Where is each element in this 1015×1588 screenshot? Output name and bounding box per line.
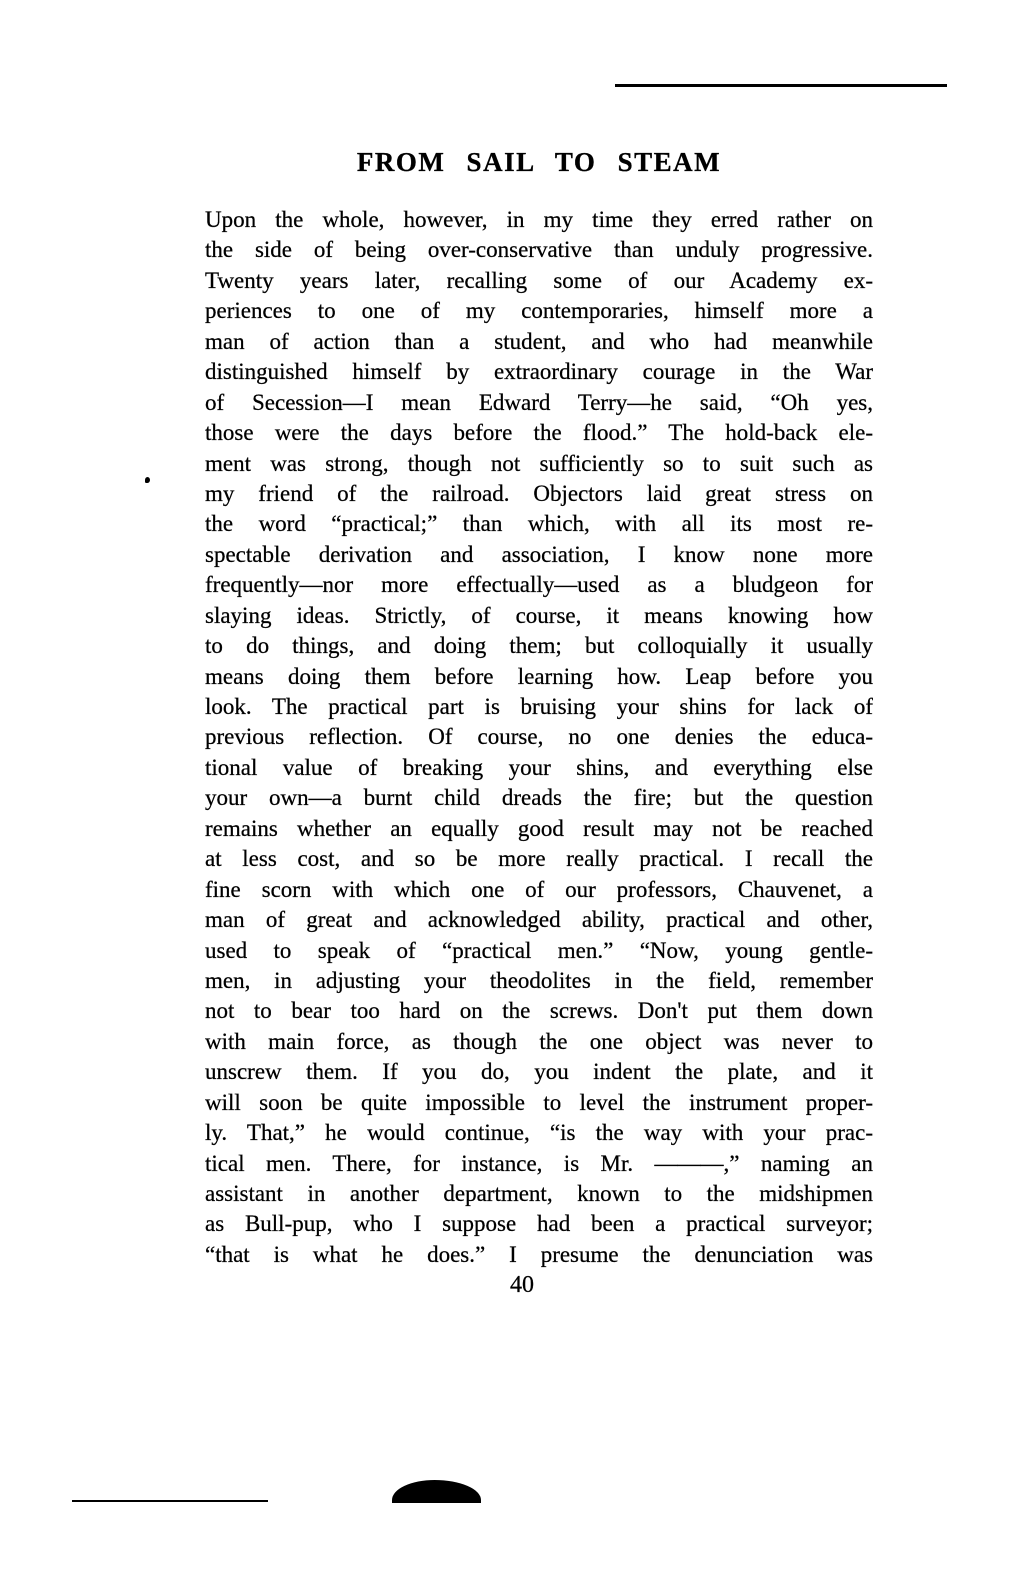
text-line: the word “practical;” than which, with a… (205, 509, 873, 539)
text-line: those were the days before the flood.” T… (205, 418, 873, 448)
text-line: your own—a burnt child dreads the fire; … (205, 783, 873, 813)
text-line: frequently—nor more effectually—used as … (205, 570, 873, 600)
text-line: men, in adjusting your theodolites in th… (205, 966, 873, 996)
text-line: distinguished himself by extraordinary c… (205, 357, 873, 387)
text-line: previous reflection. Of course, no one d… (205, 722, 873, 752)
text-line: look. The practical part is bruising you… (205, 692, 873, 722)
text-line: man of action than a student, and who ha… (205, 327, 873, 357)
ink-blob (392, 1480, 481, 1503)
page-number: 40 (472, 1272, 572, 1299)
text-line: periences to one of my contemporaries, h… (205, 296, 873, 326)
text-line: not to bear too hard on the screws. Don'… (205, 996, 873, 1026)
page-title: FROM SAIL TO STEAM (205, 147, 873, 178)
text-line: tical men. There, for instance, is Mr. —… (205, 1149, 873, 1179)
text-line: at less cost, and so be more really prac… (205, 844, 873, 874)
footer-rule (72, 1500, 268, 1502)
text-line: will soon be quite impossible to level t… (205, 1088, 873, 1118)
text-line: to do things, and doing them; but colloq… (205, 631, 873, 661)
text-line: my friend of the railroad. Objectors lai… (205, 479, 873, 509)
body-text: Upon the whole, however, in my time they… (205, 205, 873, 1270)
text-line: unscrew them. If you do, you indent the … (205, 1057, 873, 1087)
text-line: with main force, as though the one objec… (205, 1027, 873, 1057)
text-line: as Bull-pup, who I suppose had been a pr… (205, 1209, 873, 1239)
text-line: Twenty years later, recalling some of ou… (205, 266, 873, 296)
text-line: Upon the whole, however, in my time they… (205, 205, 873, 235)
text-line: man of great and acknowledged ability, p… (205, 905, 873, 935)
text-line: tional value of breaking your shins, and… (205, 753, 873, 783)
text-line: of Secession—I mean Edward Terry—he said… (205, 388, 873, 418)
text-line: assistant in another department, known t… (205, 1179, 873, 1209)
text-line: the side of being over-conservative than… (205, 235, 873, 265)
ink-speck (145, 477, 150, 483)
text-line: used to speak of “practical men.” “Now, … (205, 936, 873, 966)
text-line: spectable derivation and association, I … (205, 540, 873, 570)
text-line: ly. That,” he would continue, “is the wa… (205, 1118, 873, 1148)
text-line: means doing them before learning how. Le… (205, 662, 873, 692)
text-line: “that is what he does.” I presume the de… (205, 1240, 873, 1270)
text-line: fine scorn with which one of our profess… (205, 875, 873, 905)
text-line: ment was strong, though not sufficiently… (205, 449, 873, 479)
text-line: remains whether an equally good result m… (205, 814, 873, 844)
book-page: FROM SAIL TO STEAM Upon the whole, howev… (0, 0, 1015, 1588)
text-line: slaying ideas. Strictly, of course, it m… (205, 601, 873, 631)
header-rule (615, 84, 947, 87)
